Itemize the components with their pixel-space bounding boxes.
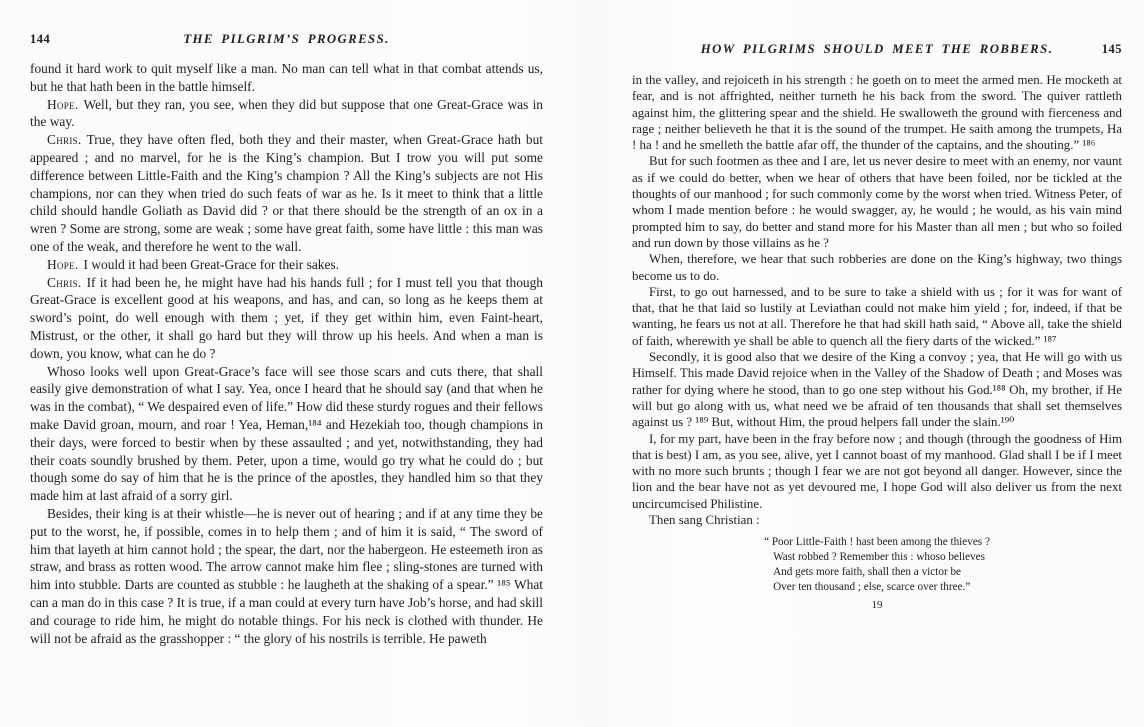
verse: “ Poor Little-Faith ! hast been among th… bbox=[764, 535, 990, 595]
paragraph: Secondly, it is good also that we desire… bbox=[632, 349, 1122, 430]
book-spread: 144 THE PILGRIM’S PROGRESS. found it har… bbox=[0, 0, 1144, 727]
left-page-body: found it hard work to quit myself like a… bbox=[30, 60, 543, 647]
paragraph: Chris.True, they have often fled, both t… bbox=[30, 131, 543, 256]
verse-line: “ Poor Little-Faith ! hast been among th… bbox=[764, 535, 990, 550]
paragraph: Besides, their king is at their whistle—… bbox=[30, 505, 543, 647]
paragraph-text: I would it had been Great-Grace for thei… bbox=[84, 257, 339, 272]
paragraph: Chris.If it had been he, he might have h… bbox=[30, 274, 543, 363]
paragraph-text: If it had been he, he might have had his… bbox=[30, 275, 543, 361]
paragraph: Then sang Christian : bbox=[632, 512, 1122, 528]
paragraph: When, therefore, we hear that such robbe… bbox=[632, 251, 1122, 284]
right-page-header: HOW PILGRIMS SHOULD MEET THE ROBBERS. 14… bbox=[632, 42, 1122, 57]
paragraph: in the valley, and rejoiceth in his stre… bbox=[632, 72, 1122, 153]
running-head-left: THE PILGRIM’S PROGRESS. bbox=[88, 32, 485, 47]
right-page-body: in the valley, and rejoiceth in his stre… bbox=[632, 72, 1122, 528]
verse-line: Wast robbed ? Remember this : whoso beli… bbox=[764, 550, 990, 565]
paragraph-text: Well, but they ran, you see, when they d… bbox=[30, 97, 543, 130]
running-head-right: HOW PILGRIMS SHOULD MEET THE ROBBERS. bbox=[690, 42, 1064, 57]
right-page: HOW PILGRIMS SHOULD MEET THE ROBBERS. 14… bbox=[572, 0, 1144, 727]
speaker-name: Chris. bbox=[47, 132, 82, 147]
speaker-name: Chris. bbox=[47, 275, 82, 290]
paragraph: Hope.I would it had been Great-Grace for… bbox=[30, 256, 543, 274]
speaker-name: Hope. bbox=[47, 97, 79, 112]
paragraph: But for such footmen as thee and I are, … bbox=[632, 153, 1122, 251]
paragraph-text: True, they have often fled, both they an… bbox=[30, 132, 543, 254]
left-page-header: 144 THE PILGRIM’S PROGRESS. bbox=[30, 32, 543, 47]
paragraph: found it hard work to quit myself like a… bbox=[30, 60, 543, 96]
paragraph: I, for my part, have been in the fray be… bbox=[632, 431, 1122, 512]
paragraph: Whoso looks well upon Great-Grace’s face… bbox=[30, 363, 543, 505]
signature-mark: 19 bbox=[632, 599, 1122, 611]
left-page: 144 THE PILGRIM’S PROGRESS. found it har… bbox=[0, 0, 572, 727]
page-number-right: 145 bbox=[1064, 42, 1122, 57]
paragraph: Hope.Well, but they ran, you see, when t… bbox=[30, 96, 543, 132]
speaker-name: Hope. bbox=[47, 257, 79, 272]
verse-line: And gets more faith, shall then a victor… bbox=[764, 565, 990, 580]
paragraph: First, to go out harnessed, and to be su… bbox=[632, 284, 1122, 349]
verse-line: Over ten thousand ; else, scarce over th… bbox=[764, 580, 990, 595]
page-number-left: 144 bbox=[30, 32, 88, 47]
